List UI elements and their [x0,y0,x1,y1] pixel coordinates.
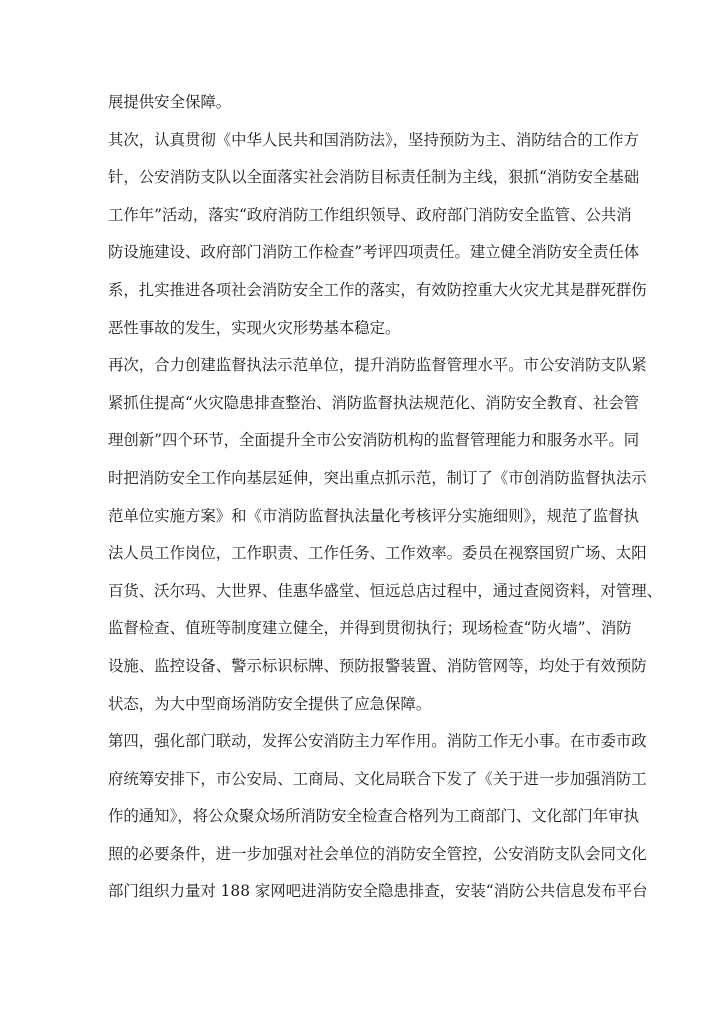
text-line: 工作年”活动，落实“政府消防工作组织领导、政府部门消防安全监管、公共消 [108,204,612,242]
text-line: 防设施建设、政府部门消防工作检查”考评四项责任。建立健全消防安全责任体 [108,241,612,279]
text-line: 恶性事故的发生，实现火灾形势基本稳定。 [108,317,612,355]
text-line: 针，公安消防支队以全面落实社会消防目标责任制为主线，狠抓“消防安全基础 [108,166,612,204]
text-line: 府统筹安排下，市公安局、工商局、文化局联合下发了《关于进一步加强消防工 [108,768,612,806]
body-text: 展提供安全保障。 其次，认真贯彻《中华人民共和国消防法》，坚持预防为主、消防结合… [108,91,612,918]
text-line: 其次，认真贯彻《中华人民共和国消防法》，坚持预防为主、消防结合的工作方 [108,129,612,167]
text-line: 作的通知》，将公众聚众场所消防安全检查合格列为工商部门、文化部门年审执 [108,805,612,843]
text-line: 设施、监控设备、警示标识标牌、预防报警装置、消防管网等，均处于有效预防 [108,655,612,693]
document-page: 展提供安全保障。 其次，认真贯彻《中华人民共和国消防法》，坚持预防为主、消防结合… [0,0,721,1020]
text-line: 第四，强化部门联动，发挥公安消防主力军作用。消防工作无小事。在市委市政 [108,730,612,768]
text-line: 监督检查、值班等制度建立健全，并得到贯彻执行；现场检查“防火墙”、消防 [108,617,612,655]
text-line: 范单位实施方案》和《市消防监督执法量化考核评分实施细则》，规范了监督执 [108,505,612,543]
text-line: 部门组织力量对 188 家网吧进消防安全隐患排查，安装“消防公共信息发布平台 [108,880,612,918]
text-line: 法人员工作岗位，工作职责、工作任务、工作效率。委员在视察国贸广场、太阳 [108,542,612,580]
text-line: 再次，合力创建监督执法示范单位，提升消防监督管理水平。市公安消防支队紧 [108,354,612,392]
text-line: 理创新”四个环节，全面提升全市公安消防机构的监督管理能力和服务水平。同 [108,429,612,467]
text-line: 状态，为大中型商场消防安全提供了应急保障。 [108,693,612,731]
text-line: 紧抓住提高“火灾隐患排查整治、消防监督执法规范化、消防安全教育、社会管 [108,392,612,430]
text-line: 展提供安全保障。 [108,91,612,129]
text-line: 系，扎实推进各项社会消防安全工作的落实，有效防控重大火灾尤其是群死群伤 [108,279,612,317]
text-line: 时把消防安全工作向基层延伸，突出重点抓示范，制订了《市创消防监督执法示 [108,467,612,505]
text-line: 照的必要条件，进一步加强对社会单位的消防安全管控，公安消防支队会同文化 [108,843,612,881]
text-line: 百货、沃尔玛、大世界、佳惠华盛堂、恒远总店过程中，通过查阅资料，对管理、 [108,580,612,618]
